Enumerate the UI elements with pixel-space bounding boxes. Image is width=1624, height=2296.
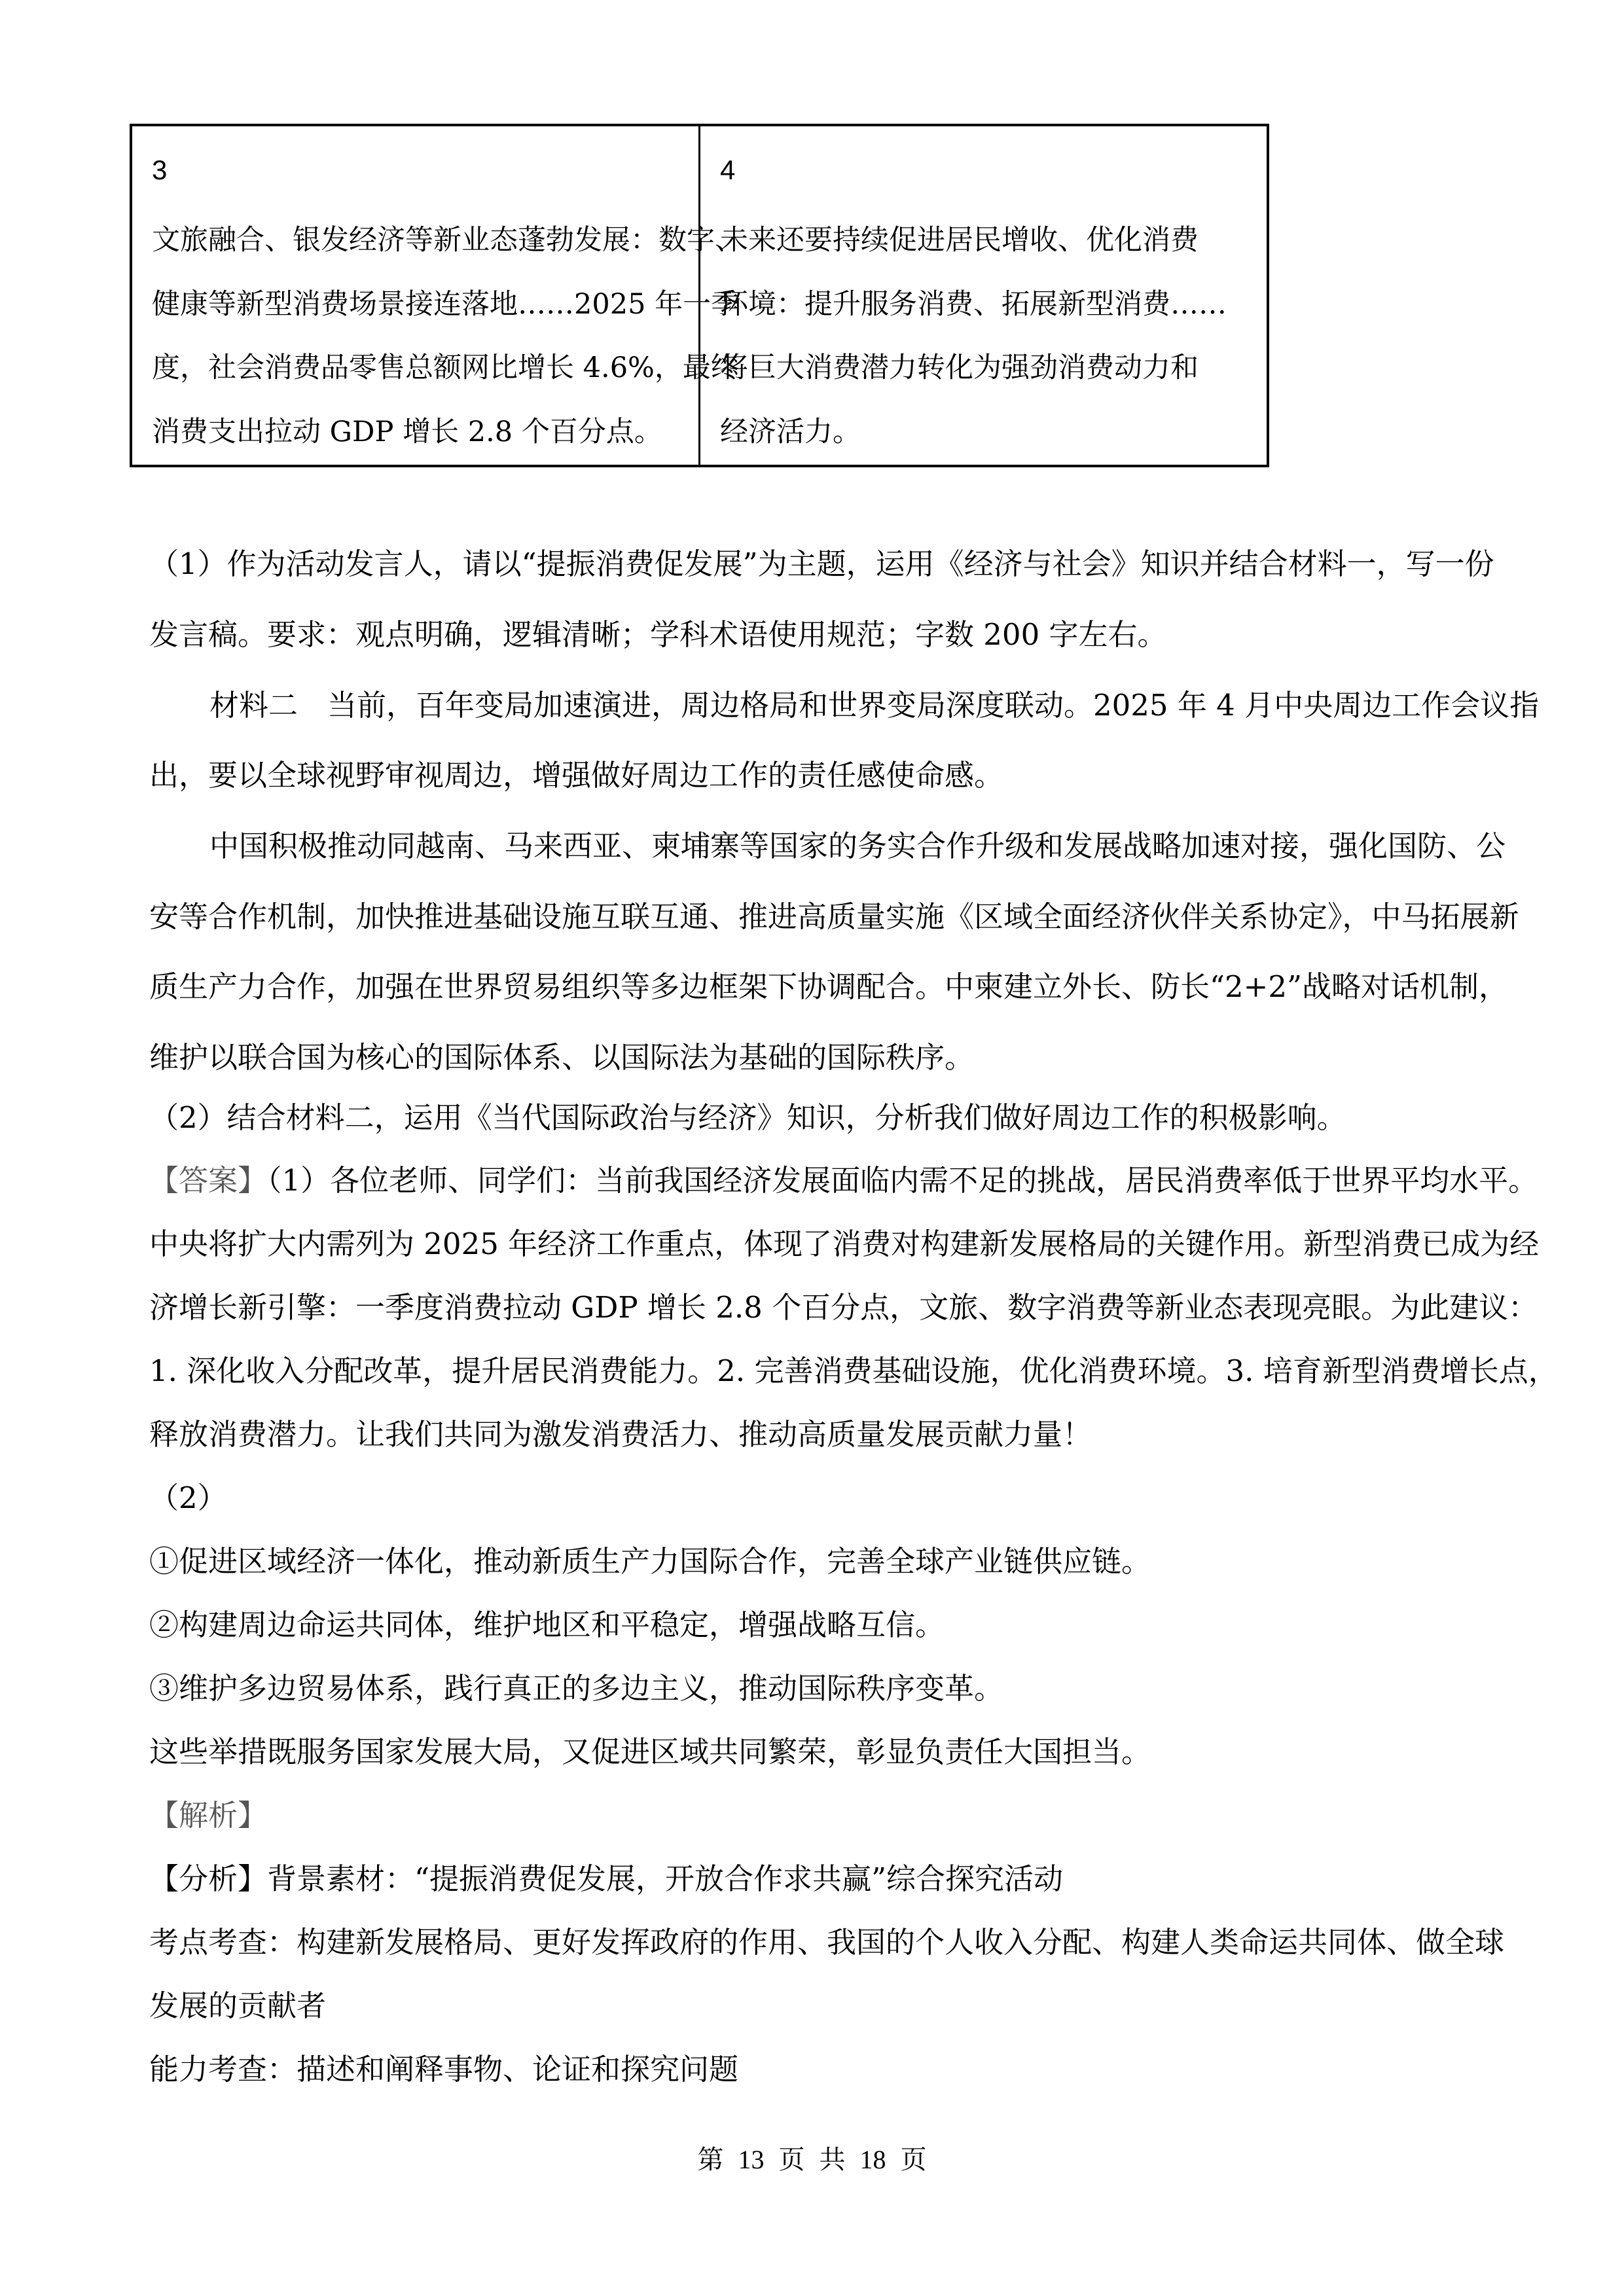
answer-text: （1）各位老师、同学们：当前我国经济发展面临内需不足的挑战，居民消费率低于世界平… (267, 1163, 1538, 1198)
analysis-background-text: 背景素材：“提振消费促发展，开放合作求共赢”综合探究活动 (267, 1861, 1063, 1896)
material-cell-3: 3 文旅融合、银发经济等新业态蓬勃发展：数字、 健康等新型消费场景接连落地……2… (131, 125, 700, 466)
cell-text-line: 将巨大消费潜力转化为强劲消费动力和 (720, 346, 1178, 386)
page-number: 第 13 页 共 18 页 (0, 2139, 1624, 2176)
answer-label: 【答案】 (149, 1163, 267, 1198)
answer-line-1: 【答案】（1）各位老师、同学们：当前我国经济发展面临内需不足的挑战，居民消费率低… (149, 1163, 1474, 1198)
analysis-sub-label: 【分析】 (149, 1861, 267, 1896)
answer-item-1: ①促进区域经济一体化，推动新质生产力国际合作，完善全球产业链供应链。 (149, 1544, 1151, 1579)
material-2-line: 维护以联合国为核心的国际体系、以国际法为基础的国际秩序。 (149, 1040, 974, 1075)
material-table: 3 文旅融合、银发经济等新业态蓬勃发展：数字、 健康等新型消费场景接连落地……2… (130, 124, 1269, 467)
analysis-background: 【分析】背景素材：“提振消费促发展，开放合作求共赢”综合探究活动 (149, 1861, 1063, 1897)
analysis-kaodian-line: 发展的贡献者 (149, 1988, 326, 2024)
answer-line: 1. 深化收入分配改革，提升居民消费能力。2. 完善消费基础设施，优化消费环境。… (149, 1354, 1474, 1389)
answer-line: 济增长新引擎：一季度消费拉动 GDP 增长 2.8 个百分点，文旅、数字消费等新… (149, 1290, 1474, 1325)
question-2: （2）结合材料二，运用《当代国际政治与经济》知识，分析我们做好周边工作的积极影响… (149, 1100, 1346, 1136)
cell-text-line: 度，社会消费品零售总额网比增长 4.6%，最终 (152, 346, 721, 386)
cell-number: 3 (152, 154, 167, 186)
cell-text-line: 文旅融合、银发经济等新业态蓬勃发展：数字、 (152, 218, 721, 258)
material-cell-4: 4 未来还要持续促进居民增收、优化消费 环境：提升服务消费、拓展新型消费…… 将… (700, 125, 1269, 466)
material-2-line: 中国积极推动同越南、马来西亚、柬埔寨等国家的务实合作升级和发展战略加速对接，强化… (209, 829, 1474, 864)
cell-text-line: 环境：提升服务消费、拓展新型消费…… (720, 282, 1178, 322)
cell-text-line: 健康等新型消费场景接连落地……2025 年一季 (152, 282, 721, 322)
material-2-line: 安等合作机制，加快推进基础设施互联互通、推进高质量实施《区域全面经济伙伴关系协定… (149, 899, 1474, 935)
answer-item-3: ③维护多边贸易体系，践行真正的多边主义，推动国际秩序变革。 (149, 1671, 1003, 1706)
answer-line: 释放消费潜力。让我们共同为激发消费活力、推动高质量发展贡献力量！ (149, 1417, 1092, 1452)
question-1-line: 发言稿。要求：观点明确，逻辑清晰；学科术语使用规范；字数 200 字左右。 (149, 617, 1167, 653)
question-1-line: （1）作为活动发言人，请以“提振消费促发展”为主题，运用《经济与社会》知识并结合… (149, 547, 1474, 582)
cell-text-line: 经济活力。 (720, 410, 861, 450)
analysis-kaodian-line: 考点考查：构建新发展格局、更好发挥政府的作用、我国的个人收入分配、构建人类命运共… (149, 1925, 1474, 1960)
answer-item-2: ②构建周边命运共同体，维护地区和平稳定，增强战略互信。 (149, 1607, 945, 1643)
cell-text-line: 未来还要持续促进居民增收、优化消费 (720, 218, 1178, 258)
cell-text-line: 消费支出拉动 GDP 增长 2.8 个百分点。 (152, 410, 662, 450)
analysis-label: 【解析】 (149, 1798, 267, 1833)
material-2-line: 出，要以全球视野审视周边，增强做好周边工作的责任感使命感。 (149, 758, 1003, 793)
material-2-line: 质生产力合作，加强在世界贸易组织等多边框架下协调配合。中柬建立外长、防长“2+2… (149, 969, 1474, 1005)
material-2-line: 材料二 当前，百年变局加速演进，周边格局和世界变局深度联动。2025 年 4 月… (209, 688, 1474, 723)
answer-line: 中央将扩大内需列为 2025 年经济工作重点，体现了消费对构建新发展格局的关键作… (149, 1227, 1474, 1262)
cell-number: 4 (720, 154, 735, 186)
answer-summary: 这些举措既服务国家发展大局，又促进区域共同繁荣，彰显负责任大国担当。 (149, 1734, 1151, 1770)
answer-part-2-label: （2） (149, 1480, 227, 1516)
analysis-nengli: 能力考查：描述和阐释事物、论证和探究问题 (149, 2052, 738, 2087)
